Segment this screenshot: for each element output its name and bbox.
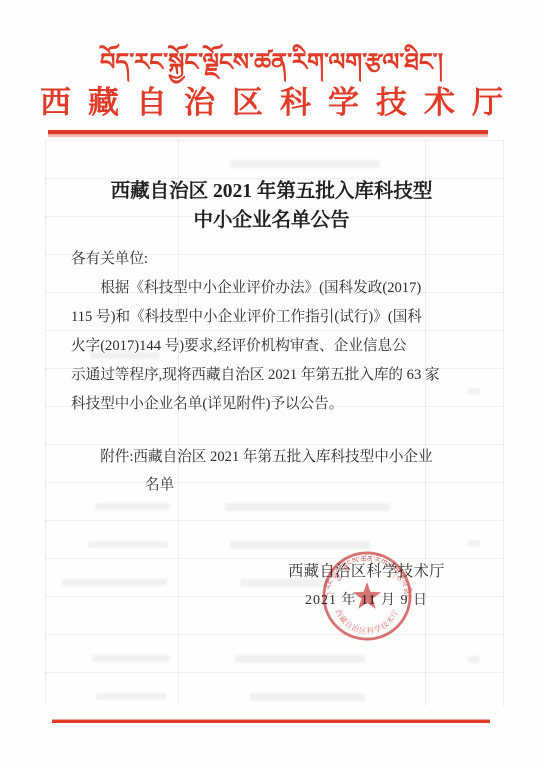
scanned-document-page: བོད་རང་སྐྱོང་ལྗོངས་ཚན་རིག་ལག་རྩལ་ཐིང་། 西… bbox=[0, 0, 543, 768]
letterhead-divider-line bbox=[48, 130, 488, 135]
attachment-line1: 附件:西藏自治区 2021 年第五批入库科技型中小企业 bbox=[71, 443, 507, 471]
showthrough-text-blob bbox=[62, 579, 167, 586]
showthrough-text-blob bbox=[92, 655, 170, 662]
showthrough-text-blob bbox=[250, 693, 365, 701]
notice-title: 西藏自治区 2021 年第五批入库科技型 中小企业名单公告 bbox=[0, 177, 543, 235]
showthrough-text-blob bbox=[88, 541, 168, 548]
paragraph-line: 科技型中小企业名单(详见附件)予以公告。 bbox=[71, 390, 507, 419]
showthrough-text-blob bbox=[230, 160, 380, 168]
letterhead-tibetan-title: བོད་རང་སྐྱོང་ལྗོངས་ཚན་རིག་ལག་རྩལ་ཐིང་། bbox=[0, 46, 543, 80]
showthrough-text-blob bbox=[96, 693, 166, 700]
paragraph-line: 115 号)和《科技型中小企业评价工作指引(试行)》(国科 bbox=[71, 303, 507, 332]
showthrough-text-blob bbox=[235, 655, 365, 663]
letterhead-chinese-title: 西藏自治区科学技术厅 bbox=[0, 84, 543, 122]
notice-title-line2: 中小企业名单公告 bbox=[0, 206, 543, 235]
showthrough-text-blob bbox=[225, 503, 390, 511]
notice-body: 各有关单位: 根据《科技型中小企业评价办法》(国科发政(2017) 115 号)… bbox=[71, 245, 507, 419]
showthrough-number-blob bbox=[468, 656, 480, 663]
showthrough-text-blob bbox=[95, 503, 170, 510]
seal-top-arc-text: བོད་རང་སྐྱོང་ལྗོངས་ཚན་རིག་ལག་རྩལ་ཐིང་། bbox=[309, 538, 414, 600]
notice-title-line1: 西藏自治区 2021 年第五批入库科技型 bbox=[0, 177, 543, 206]
salutation: 各有关单位: bbox=[71, 245, 507, 274]
paragraph-line: 根据《科技型中小企业评价办法》(国科发政(2017) bbox=[71, 274, 507, 303]
paragraph-line: 火字(2017)144 号)要求,经评价机构审查、企业信息公 bbox=[71, 332, 507, 361]
seal-star-icon bbox=[353, 582, 381, 609]
attachment-section: 附件:西藏自治区 2021 年第五批入库科技型中小企业 名单 bbox=[71, 443, 507, 499]
footer-divider-line bbox=[52, 719, 490, 723]
official-seal: བོད་རང་སྐྱོང་ལྗོངས་ཚན་རིག་ལག་རྩལ་ཐིང་། 西… bbox=[309, 538, 425, 654]
attachment-line2: 名单 bbox=[71, 471, 507, 499]
paragraph-line: 示通过等程序,现将西藏自治区 2021 年第五批入库的 63 家 bbox=[71, 361, 507, 390]
showthrough-number-blob bbox=[468, 540, 480, 547]
